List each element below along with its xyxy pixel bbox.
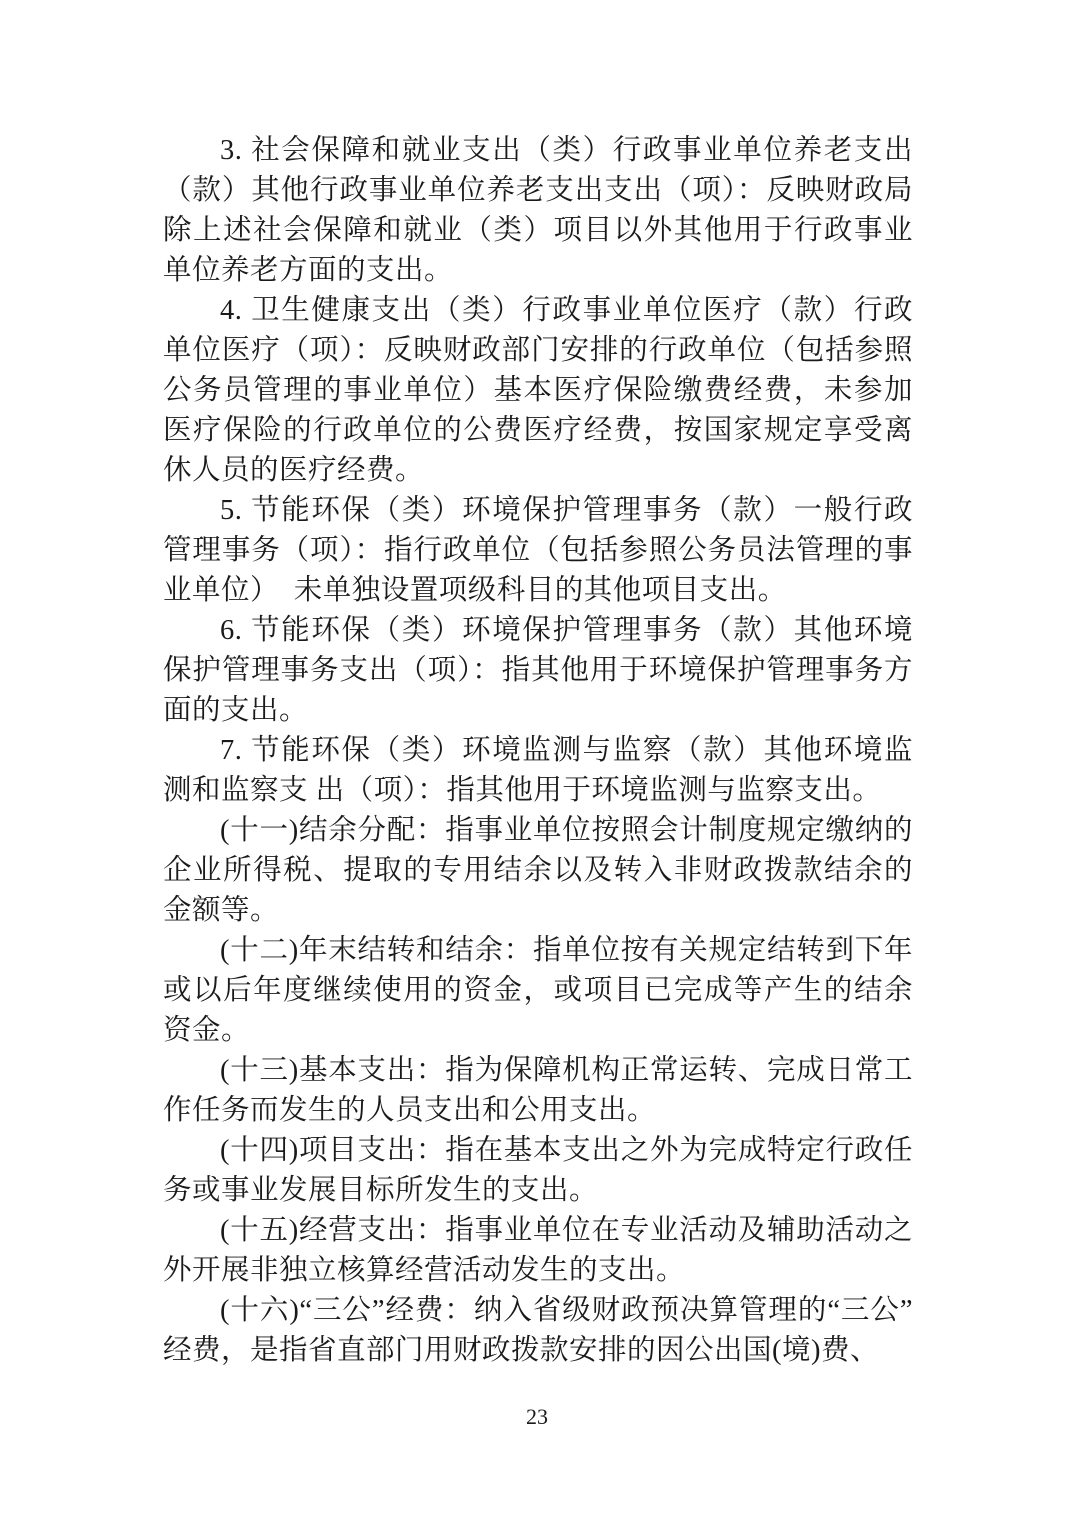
paragraph-7-env-monitoring: 7. 节能环保（类）环境监测与监察（款）其他环境监测和监察支 出（项）：指其他用…: [163, 731, 913, 811]
paragraph-3-social-security-pension: 3. 社会保障和就业支出（类）行政事业单位养老支出（款）其他行政事业单位养老支出…: [163, 131, 913, 291]
paragraph-11-surplus-distribution: (十一)结余分配：指事业单位按照会计制度规定缴纳的企业所得税、提取的专用结余以及…: [163, 811, 913, 931]
paragraph-5-env-general-admin: 5. 节能环保（类）环境保护管理事务（款）一般行政管理事务（项）：指行政单位（包…: [163, 491, 913, 611]
paragraph-12-year-end-carryover: (十二)年末结转和结余：指单位按有关规定结转到下年或以后年度继续使用的资金，或项…: [163, 931, 913, 1051]
paragraph-13-basic-expenditure: (十三)基本支出：指为保障机构正常运转、完成日常工作任务而发生的人员支出和公用支…: [163, 1051, 913, 1131]
paragraph-16-three-public-funds: (十六)“三公”经费：纳入省级财政预决算管理的“三公”经费，是指省直部门用财政拨…: [163, 1291, 913, 1371]
paragraph-4-health-medical: 4. 卫生健康支出（类）行政事业单位医疗（款）行政单位医疗（项）：反映财政部门安…: [163, 291, 913, 491]
page-number: 23: [0, 1402, 1074, 1432]
paragraph-15-operating-expenditure: (十五)经营支出：指事业单位在专业活动及辅助活动之外开展非独立核算经营活动发生的…: [163, 1211, 913, 1291]
paragraph-14-project-expenditure: (十四)项目支出：指在基本支出之外为完成特定行政任务或事业发展目标所发生的支出。: [163, 1131, 913, 1211]
paragraph-6-env-other-mgmt: 6. 节能环保（类）环境保护管理事务（款）其他环境保护管理事务支出（项）：指其他…: [163, 611, 913, 731]
document-body: 3. 社会保障和就业支出（类）行政事业单位养老支出（款）其他行政事业单位养老支出…: [163, 131, 913, 1371]
document-page: 3. 社会保障和就业支出（类）行政事业单位养老支出（款）其他行政事业单位养老支出…: [0, 0, 1074, 1520]
